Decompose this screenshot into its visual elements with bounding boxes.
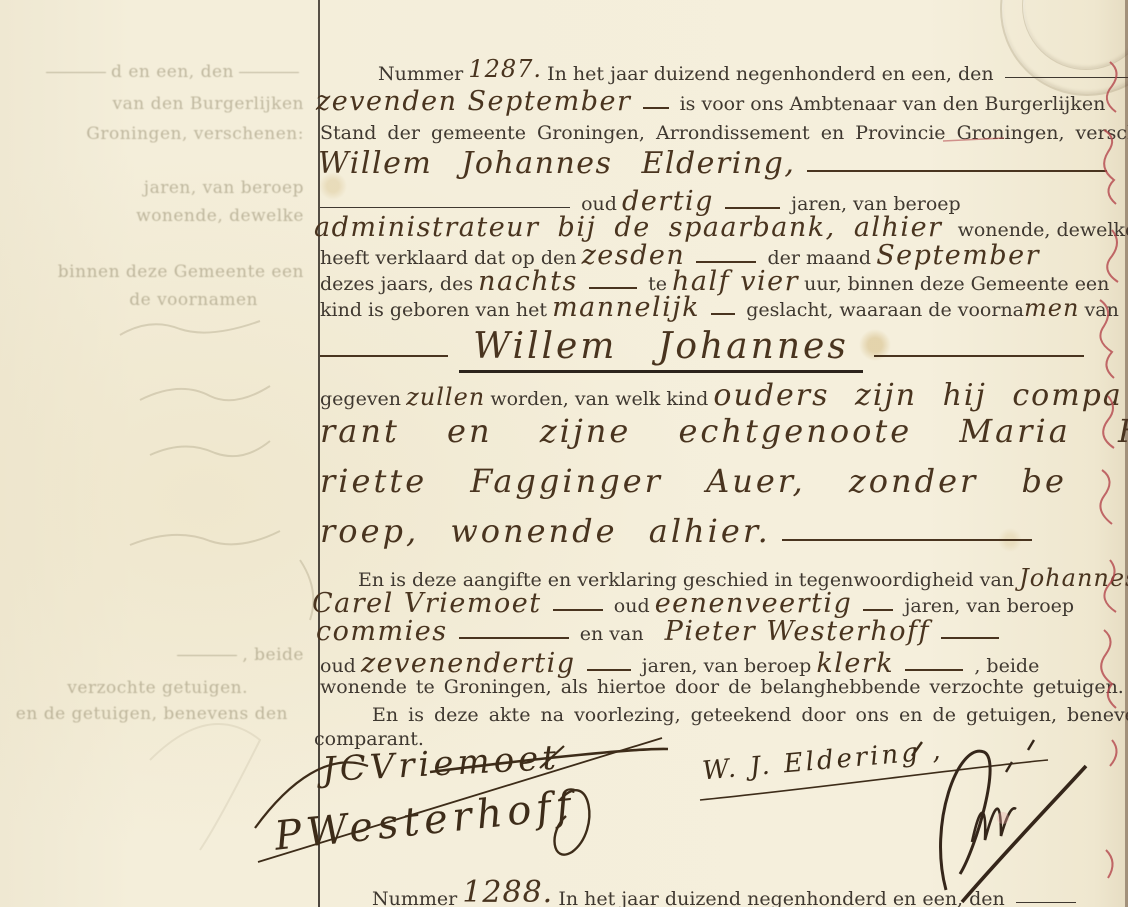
register-scan-page: d en een, den van den Burgerlijken Groni… bbox=[0, 0, 1128, 907]
rule-dash bbox=[553, 609, 603, 611]
oud-2: oud bbox=[320, 655, 356, 677]
witness1-line: Carel Vriemoet oud eenenveertig jaren, v… bbox=[312, 588, 1074, 619]
child-gender: mannelijk bbox=[552, 292, 700, 323]
rule-dash bbox=[177, 655, 237, 656]
witness-close: wonende te Groningen, als hiertoe door d… bbox=[320, 676, 1124, 698]
zullen-hand: zullen bbox=[406, 383, 485, 411]
act-date-line: zevenden September is voor ons Ambtenaar… bbox=[316, 86, 1105, 117]
rule-dash bbox=[905, 669, 963, 671]
opening-text-3: Stand der gemeente Groningen, Arrondisse… bbox=[320, 122, 1128, 144]
act-opening-line: Nummer 1287. In het jaar duizend negenho… bbox=[378, 58, 1128, 86]
rule-dash bbox=[941, 637, 999, 639]
opening-text-2: is voor ons Ambtenaar van den Burgerlijk… bbox=[680, 93, 1106, 115]
ghost-line: Groningen, verschenen: bbox=[86, 124, 304, 144]
oud-1: oud bbox=[614, 595, 650, 617]
nummer-label-1288: Nummer bbox=[372, 888, 457, 907]
en-van: en van bbox=[580, 623, 644, 645]
act-1288-opening: Nummer 1288. In het jaar duizend negenho… bbox=[372, 878, 1082, 907]
witness2-prof: klerk bbox=[816, 648, 894, 679]
witness2-age: zevenendertig bbox=[361, 648, 576, 679]
voornamen-suffix: men bbox=[1024, 294, 1079, 322]
parents-hand-3: riette Fagginger Auer, zonder be bbox=[320, 462, 1067, 500]
rule-dash bbox=[459, 637, 569, 639]
decl-print-5: geslacht, waaraan de voorna bbox=[746, 299, 1024, 321]
witness2-line: commies en van Pieter Westerhoff bbox=[316, 616, 1005, 647]
rule-dash bbox=[587, 669, 631, 671]
parents-hand-2: rant en zijne echtgenoote Maria Hen bbox=[320, 412, 1128, 450]
jaren-1: jaren, van beroep bbox=[905, 595, 1075, 617]
witness1-rest: Carel Vriemoet bbox=[312, 588, 542, 619]
parents-line-4: roep, wonende alhier. bbox=[320, 512, 1038, 550]
ghost-line: wonende, dewelke bbox=[136, 206, 304, 226]
witness2-age-line: oud zevenendertig jaren, van beroep kler… bbox=[320, 648, 1039, 679]
signature-declarant: W. J. Eldering , bbox=[701, 736, 944, 787]
act-1287: Nummer 1287. In het jaar duizend negenho… bbox=[320, 0, 1128, 907]
rule-dash bbox=[725, 207, 780, 209]
gender-line: kind is geboren van het mannelijk geslac… bbox=[320, 292, 1119, 323]
opening-text: In het jaar duizend negenhonderd en een,… bbox=[547, 63, 993, 85]
jaren-2: jaren, van beroep bbox=[642, 655, 812, 677]
child-name: Willem Johannes bbox=[459, 326, 863, 373]
rule-dash bbox=[807, 170, 1107, 172]
declarant-profession: administrateur bij de spaarbank, alhier bbox=[314, 212, 942, 243]
ghost-line: binnen deze Gemeente een bbox=[58, 262, 304, 282]
witness1-prof: commies bbox=[316, 616, 448, 647]
given-print-1: gegeven bbox=[320, 388, 401, 410]
act-number-value: 1287. bbox=[468, 55, 542, 83]
rule-dash bbox=[711, 313, 735, 315]
rule-dash bbox=[874, 355, 1084, 357]
opening-text-1288: In het jaar duizend negenhonderd en een,… bbox=[558, 888, 1004, 907]
ghost-line: en de getuigen, benevens den bbox=[16, 704, 288, 724]
rule-dash bbox=[696, 261, 756, 263]
ghost-line: van den Burgerlijken bbox=[113, 94, 304, 114]
parents-hand-4: roep, wonende alhier. bbox=[320, 512, 771, 550]
ghost-line: verzochte getuigen. bbox=[67, 678, 248, 698]
act-number-value-1288: 1288. bbox=[462, 875, 553, 907]
rule-dash bbox=[1005, 77, 1128, 78]
rule-dash bbox=[643, 107, 669, 109]
child-name-line: Willem Johannes bbox=[320, 326, 1090, 367]
declarant-name: Willem Johannes Eldering, bbox=[318, 146, 795, 181]
profession-line: administrateur bij de spaarbank, alhier … bbox=[314, 212, 1128, 243]
act-date-hand: zevenden September bbox=[316, 86, 631, 117]
rule-dash bbox=[1016, 902, 1076, 903]
rule-dash bbox=[320, 207, 570, 208]
van-label: van bbox=[1085, 299, 1119, 321]
rule-dash bbox=[863, 609, 893, 611]
parents-line-1: gegeven zullen worden, van welk kind oud… bbox=[320, 378, 1123, 413]
declarant-line: Willem Johannes Eldering, bbox=[318, 146, 1113, 181]
ghost-line: d en een, den bbox=[41, 62, 304, 82]
nummer-label: Nummer bbox=[378, 63, 463, 85]
rule-dash bbox=[782, 539, 1032, 541]
rule-dash bbox=[46, 72, 106, 73]
beide: , beide bbox=[974, 655, 1039, 677]
ghost-line: jaren, van beroep bbox=[144, 178, 304, 198]
decl-print-4: kind is geboren van het bbox=[320, 299, 547, 321]
rule-dash bbox=[239, 72, 299, 73]
rule-dash bbox=[589, 287, 637, 289]
witness1-age: eenenveertig bbox=[655, 588, 853, 619]
closing-1: En is deze akte na voorlezing, geteekend… bbox=[372, 704, 1128, 726]
witness2-name: Pieter Westerhoff bbox=[665, 616, 930, 647]
ghost-line: , beide bbox=[172, 645, 304, 665]
given-print-2: worden, van welk kind bbox=[490, 388, 708, 410]
rule-dash bbox=[320, 355, 448, 357]
facing-page-ghost: d en een, den van den Burgerlijken Groni… bbox=[0, 0, 318, 907]
ghost-line: de voornamen bbox=[129, 290, 258, 310]
parents-hand-1: ouders zijn hij compa bbox=[713, 378, 1122, 413]
profession-print: wonende, dewelke bbox=[958, 219, 1128, 241]
